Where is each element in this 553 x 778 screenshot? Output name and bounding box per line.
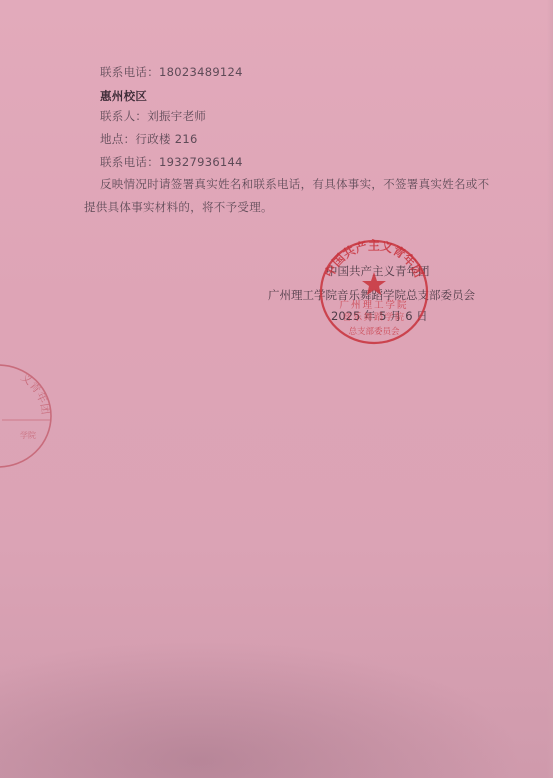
svg-text:义青年团: 义青年团 xyxy=(18,371,52,416)
contact-phone-1: 联系电话：18023489124 xyxy=(100,64,243,80)
official-seal-stamp: 中国共产主义青年团 广州理工学院 音乐舞蹈学院 总支部委员会 xyxy=(318,238,430,346)
partial-seal-stamp: 义青年团 学院 xyxy=(0,362,54,470)
stamp-star-icon xyxy=(362,272,386,295)
paper-edge-shadow xyxy=(547,0,553,778)
notice-line-2: 提供具体事实材料的，将不予受理。 xyxy=(84,199,273,215)
contact-location: 地点：行政楼 216 xyxy=(100,131,198,147)
partial-stamp-arc-text: 义青年团 xyxy=(18,371,52,416)
stamp-inner-line-1: 广州理工学院 xyxy=(339,299,408,311)
partial-stamp-inner-text: 学院 xyxy=(20,430,36,440)
campus-heading: 惠州校区 xyxy=(100,88,147,104)
contact-phone-2: 联系电话：19327936144 xyxy=(100,154,243,170)
stamp-inner-line-2: 音乐舞蹈学院 xyxy=(342,311,405,323)
stamp-inner-line-3: 总支部委员会 xyxy=(348,326,400,337)
notice-line-1: 反映情况时请签署真实姓名和联系电话，有具体事实，不签署真实姓名或不 xyxy=(100,176,489,192)
contact-person: 联系人：刘振宇老师 xyxy=(100,108,206,124)
